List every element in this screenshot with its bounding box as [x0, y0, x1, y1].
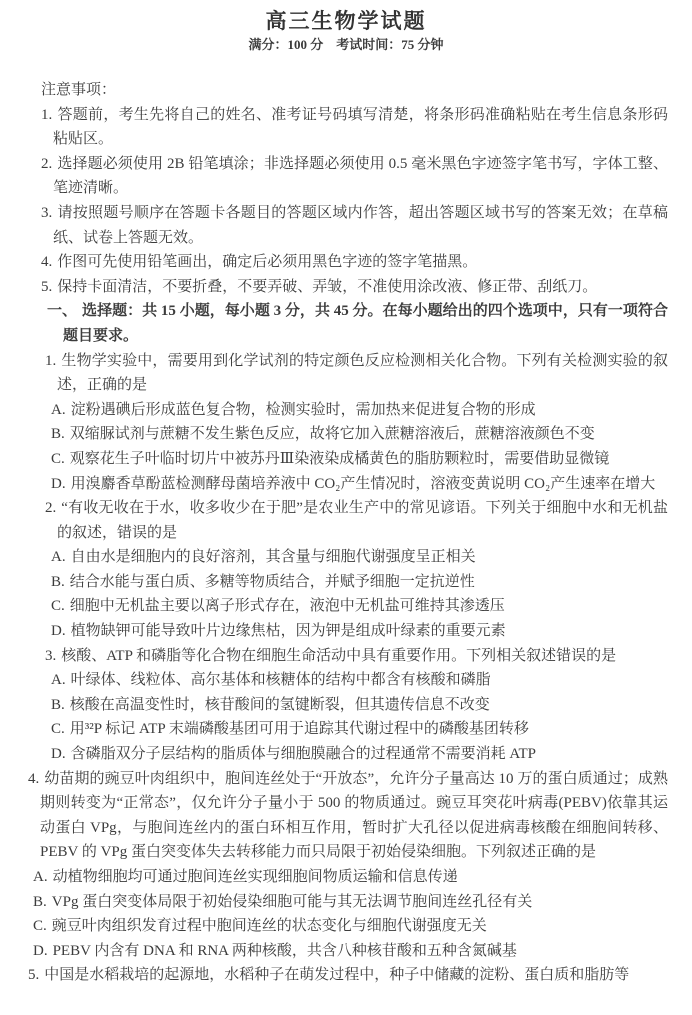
option-label: B.	[51, 426, 65, 442]
option-a: A.叶绿体、线粒体、高尔基体和核糖体的结构中都含有核酸和磷脂	[51, 668, 668, 693]
exam-page: 高三生物学试题 满分：100 分 考试时间：75 分钟 注意事项： 1.答题前，…	[0, 0, 692, 1015]
option-text: 含磷脂双分子层结构的脂质体与细胞膜融合的过程通常不需要消耗 ATP	[71, 746, 536, 762]
option-text: 双缩脲试剂与蔗糖不发生紫色反应，故将它加入蔗糖溶液后，蔗糖溶液颜色不变	[70, 426, 595, 442]
question-stem: 1.生物学实验中，需要用到化学试剂的特定颜色反应检测相关化合物。下列有关检测实验…	[45, 349, 668, 398]
option-label: D.	[51, 746, 66, 762]
option-label: B.	[51, 574, 65, 590]
option-a: A.动植物细胞均可通过胞间连丝实现细胞间物质运输和信息传递	[33, 865, 668, 890]
option-c: C.豌豆叶肉组织发育过程中胞间连丝的状态变化与细胞代谢强度无关	[33, 914, 668, 939]
question-number: 2.	[45, 500, 56, 516]
option-label: A.	[51, 549, 66, 565]
notice-heading: 注意事项：	[41, 78, 668, 103]
option-text: 用溴麝香草酚蓝检测酵母菌培养液中 CO₂产生情况时，溶液变黄说明 CO₂产生速率…	[71, 476, 656, 492]
question-stem-text: 幼苗期的豌豆叶肉组织中，胞间连丝处于“开放态”，允许分子量高达 10 万的蛋白质…	[40, 771, 668, 861]
option-b: B.核酸在高温变性时，核苷酸间的氢键断裂，但其遗传信息不改变	[51, 693, 668, 718]
option-text: 豌豆叶肉组织发育过程中胞间连丝的状态变化与细胞代谢强度无关	[52, 918, 487, 934]
option-label: D.	[33, 943, 48, 959]
option-text: VPg 蛋白突变体局限于初始侵染细胞可能与其无法调节胞间连丝孔径有关	[52, 894, 532, 910]
question-number: 3.	[45, 648, 56, 664]
option-label: C.	[51, 598, 65, 614]
option-b: B.VPg 蛋白突变体局限于初始侵染细胞可能与其无法调节胞间连丝孔径有关	[33, 890, 668, 915]
question-number: 4.	[28, 771, 39, 787]
option-label: A.	[33, 869, 48, 885]
question-3: 3.核酸、ATP 和磷脂等化合物在细胞生命活动中具有重要作用。下列相关叙述错误的…	[41, 644, 668, 767]
question-4: 4.幼苗期的豌豆叶肉组织中，胞间连丝处于“开放态”，允许分子量高达 10 万的蛋…	[41, 767, 668, 964]
option-d: D.植物缺钾可能导致叶片边缘焦枯，因为钾是组成叶绿素的重要元素	[51, 619, 668, 644]
option-label: B.	[33, 894, 47, 910]
option-text: PEBV 内含有 DNA 和 RNA 两种核酸，共含八种核苷酸和五种含氮碱基	[53, 943, 517, 959]
notice-item-number: 2.	[41, 156, 52, 172]
option-text: 植物缺钾可能导致叶片边缘焦枯，因为钾是组成叶绿素的重要元素	[71, 623, 506, 639]
notice-item-text: 作图可先使用铅笔画出，确定后必须用黑色字迹的签字笔描黑。	[57, 254, 477, 270]
option-label: D.	[51, 623, 66, 639]
question-stem-text: 核酸、ATP 和磷脂等化合物在细胞生命活动中具有重要作用。下列相关叙述错误的是	[61, 648, 616, 664]
question-2: 2.“有收无收在于水，收多收少在于肥”是农业生产中的常见谚语。下列关于细胞中水和…	[41, 496, 668, 644]
option-label: D.	[51, 476, 66, 492]
notice-item-text: 答题前，考生先将自己的姓名、准考证号码填写清楚，将条形码准确粘贴在考生信息条形码…	[53, 107, 668, 148]
notice-item-number: 4.	[41, 254, 52, 270]
option-d: D.PEBV 内含有 DNA 和 RNA 两种核酸，共含八种核苷酸和五种含氮碱基	[33, 939, 668, 964]
question-stem: 5.中国是水稻栽培的起源地，水稻种子在萌发过程中，种子中储藏的淀粉、蛋白质和脂肪…	[28, 963, 668, 988]
option-text: 细胞中无机盐主要以离子形式存在，液泡中无机盐可维持其渗透压	[70, 598, 505, 614]
option-b: B.双缩脲试剂与蔗糖不发生紫色反应，故将它加入蔗糖溶液后，蔗糖溶液颜色不变	[51, 422, 668, 447]
option-text: 核酸在高温变性时，核苷酸间的氢键断裂，但其遗传信息不改变	[70, 697, 490, 713]
notice-item: 1.答题前，考生先将自己的姓名、准考证号码填写清楚，将条形码准确粘贴在考生信息条…	[41, 103, 668, 152]
option-text: 自由水是细胞内的良好溶剂，其含量与细胞代谢强度呈正相关	[71, 549, 476, 565]
notice-item: 2.选择题必须使用 2B 铅笔填涂；非选择题必须使用 0.5 毫米黑色字迹签字笔…	[41, 152, 668, 201]
option-text: 用³²P 标记 ATP 末端磷酸基团可用于追踪其代谢过程中的磷酸基团转移	[70, 721, 529, 737]
notice-item: 4.作图可先使用铅笔画出，确定后必须用黑色字迹的签字笔描黑。	[41, 250, 668, 275]
option-label: B.	[51, 697, 65, 713]
option-text: 观察花生子叶临时切片中被苏丹Ⅲ染液染成橘黄色的脂肪颗粒时，需要借助显微镜	[70, 451, 609, 467]
question-1: 1.生物学实验中，需要用到化学试剂的特定颜色反应检测相关化合物。下列有关检测实验…	[41, 349, 668, 497]
option-c: C.观察花生子叶临时切片中被苏丹Ⅲ染液染成橘黄色的脂肪颗粒时，需要借助显微镜	[51, 447, 668, 472]
option-c: C.用³²P 标记 ATP 末端磷酸基团可用于追踪其代谢过程中的磷酸基团转移	[51, 717, 668, 742]
option-text: 动植物细胞均可通过胞间连丝实现细胞间物质运输和信息传递	[53, 869, 458, 885]
option-a: A.自由水是细胞内的良好溶剂，其含量与细胞代谢强度呈正相关	[51, 545, 668, 570]
exam-subtitle: 满分：100 分 考试时间：75 分钟	[0, 37, 692, 53]
option-label: A.	[51, 672, 66, 688]
question-number: 1.	[45, 353, 56, 369]
notice-item: 3.请按照题号顺序在答题卡各题目的答题区域内作答，超出答题区域书写的答案无效；在…	[41, 201, 668, 250]
exam-title: 高三生物学试题	[0, 8, 692, 34]
question-stem: 4.幼苗期的豌豆叶肉组织中，胞间连丝处于“开放态”，允许分子量高达 10 万的蛋…	[28, 767, 668, 865]
option-label: A.	[51, 402, 66, 418]
question-stem-text: 中国是水稻栽培的起源地，水稻种子在萌发过程中，种子中储藏的淀粉、蛋白质和脂肪等	[44, 967, 629, 983]
option-label: C.	[51, 451, 65, 467]
question-stem-text: “有收无收在于水，收多收少在于肥”是农业生产中的常见谚语。下列关于细胞中水和无机…	[57, 500, 668, 541]
notice-item-text: 保持卡面清洁，不要折叠，不要弄破、弄皱，不准使用涂改液、修正带、刮纸刀。	[57, 279, 597, 295]
notice-item: 5.保持卡面清洁，不要折叠，不要弄破、弄皱，不准使用涂改液、修正带、刮纸刀。	[41, 275, 668, 300]
option-text: 结合水能与蛋白质、多糖等物质结合，并赋予细胞一定抗逆性	[70, 574, 475, 590]
question-number: 5.	[28, 967, 39, 983]
notice-item-text: 请按照题号顺序在答题卡各题目的答题区域内作答，超出答题区域书写的答案无效；在草稿…	[53, 205, 668, 246]
question-stem-text: 生物学实验中，需要用到化学试剂的特定颜色反应检测相关化合物。下列有关检测实验的叙…	[57, 353, 668, 394]
option-label: C.	[33, 918, 47, 934]
notice-item-number: 5.	[41, 279, 52, 295]
option-d: D.含磷脂双分子层结构的脂质体与细胞膜融合的过程通常不需要消耗 ATP	[51, 742, 668, 767]
question-stem: 2.“有收无收在于水，收多收少在于肥”是农业生产中的常见谚语。下列关于细胞中水和…	[45, 496, 668, 545]
question-stem: 3.核酸、ATP 和磷脂等化合物在细胞生命活动中具有重要作用。下列相关叙述错误的…	[45, 644, 668, 669]
option-b: B.结合水能与蛋白质、多糖等物质结合，并赋予细胞一定抗逆性	[51, 570, 668, 595]
notice-item-text: 选择题必须使用 2B 铅笔填涂；非选择题必须使用 0.5 毫米黑色字迹签字笔书写…	[53, 156, 668, 197]
section-heading-text: 选择题：共 15 小题，每小题 3 分，共 45 分。在每小题给出的四个选项中，…	[63, 303, 668, 344]
option-label: C.	[51, 721, 65, 737]
option-text: 淀粉遇碘后形成蓝色复合物，检测实验时，需加热来促进复合物的形成	[71, 402, 536, 418]
option-d: D.用溴麝香草酚蓝检测酵母菌培养液中 CO₂产生情况时，溶液变黄说明 CO₂产生…	[51, 472, 668, 497]
question-5: 5.中国是水稻栽培的起源地，水稻种子在萌发过程中，种子中储藏的淀粉、蛋白质和脂肪…	[41, 963, 668, 988]
notice-item-number: 3.	[41, 205, 52, 221]
notice-item-number: 1.	[41, 107, 52, 123]
option-text: 叶绿体、线粒体、高尔基体和核糖体的结构中都含有核酸和磷脂	[71, 672, 491, 688]
option-a: A.淀粉遇碘后形成蓝色复合物，检测实验时，需加热来促进复合物的形成	[51, 398, 668, 423]
option-c: C.细胞中无机盐主要以离子形式存在，液泡中无机盐可维持其渗透压	[51, 594, 668, 619]
section-heading: 一、选择题：共 15 小题，每小题 3 分，共 45 分。在每小题给出的四个选项…	[47, 299, 668, 348]
exam-body: 注意事项： 1.答题前，考生先将自己的姓名、准考证号码填写清楚，将条形码准确粘贴…	[0, 78, 692, 988]
section-number: 一、	[47, 303, 77, 319]
